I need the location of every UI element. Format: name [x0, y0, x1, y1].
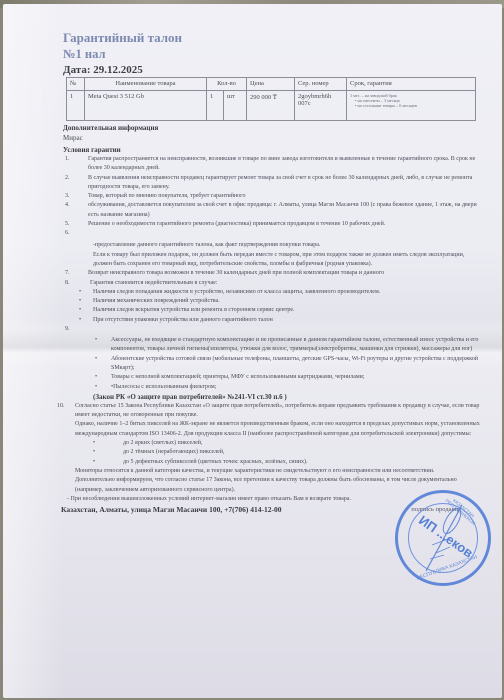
- bullet-icon: •: [79, 297, 81, 306]
- cell-serial: 2goybmrh6h 007c: [295, 91, 347, 121]
- additional-info-value: Мирас: [63, 133, 483, 143]
- seal-stamp: ИП ...еков КАЗАХСТАН РЕСПУБЛИКАСЫ РЕСПУБ…: [395, 490, 491, 586]
- cell-price: 290 000 ₸: [247, 91, 295, 121]
- condition-8-bullet: •При отсутствия упаковки устройства или …: [63, 316, 483, 325]
- cell-unit: шт: [224, 91, 247, 121]
- condition-item-5: 5.Решение о необходимости гарантийного р…: [63, 220, 483, 229]
- condition-10-bullet: •до 5 дефектных субпикселей (цветных точ…: [63, 458, 483, 467]
- bullet-icon: •: [95, 383, 97, 392]
- table-row: 1 Meta Quest 3 512 Gb 1 шт 290 000 ₸ 2go…: [67, 91, 476, 121]
- condition-6-sub-2: Если к товару был приложен подарок, он д…: [63, 251, 483, 270]
- condition-item-7: 7.Возврат неисправного товара возможен в…: [63, 269, 483, 278]
- bullet-icon: •: [95, 336, 97, 345]
- document-title: Гарантийный талон: [63, 30, 483, 46]
- col-header-serial: Сер. номер: [295, 78, 347, 91]
- condition-8-bullet: •Наличия следов попадания жидкости в уст…: [63, 288, 483, 297]
- condition-item-6: 6.: [63, 229, 483, 239]
- condition-9-bullet: ••Пылесосы с использованным фильтром;: [63, 383, 483, 392]
- items-table: № Наименование товара Кол-во Цена Сер. н…: [66, 77, 476, 121]
- document-number: №1 нал: [63, 46, 483, 62]
- bullet-icon: •: [79, 316, 81, 325]
- cell-warranty: 1 мес. – на заводской брак • на смесенты…: [347, 91, 476, 121]
- condition-6-sub-1: -предоставление данного гарантийного тал…: [63, 241, 483, 250]
- cell-num: 1: [67, 91, 85, 121]
- cell-name: Meta Quest 3 512 Gb: [85, 91, 207, 121]
- condition-9-bullet: •Аксессуары, не входящие в стандартную к…: [63, 336, 483, 355]
- condition-item-1: 1.Гарантия распространяется на неисправн…: [63, 155, 483, 174]
- table-header-row: № Наименование товара Кол-во Цена Сер. н…: [67, 78, 476, 91]
- col-header-warranty: Срок, гарантия: [347, 78, 476, 91]
- condition-10-bullet: •до 2 ярких (светлых) пикселей,: [63, 439, 483, 448]
- bullet-icon: •: [95, 355, 97, 364]
- bullet-icon: •: [93, 448, 95, 457]
- condition-8-bullet: •Наличия механических повреждений устрой…: [63, 297, 483, 306]
- condition-item-4: 4.обслуживания, доставляется покупателем…: [63, 201, 483, 220]
- bullet-icon: •: [93, 458, 95, 467]
- bullet-icon: •: [95, 373, 97, 382]
- col-header-num: №: [67, 78, 85, 91]
- condition-item-9: 9.: [63, 325, 483, 336]
- condition-8-bullet: •Наличия следов вскрытия устройства или …: [63, 306, 483, 315]
- condition-item-10: 10.Согласно статье 15 Закона Республики …: [63, 402, 483, 421]
- bullet-icon: •: [93, 439, 95, 448]
- additional-info-heading: Дополнительная информация: [63, 123, 483, 133]
- col-header-price: Цена: [247, 78, 295, 91]
- condition-10-text-3: Мониторы относятся к данной категории ка…: [63, 467, 483, 476]
- condition-item-3: 3.Товар, который по мнению покупателя, т…: [63, 192, 483, 201]
- store-address: Казахстан, Алматы, улица Магзи Масанчи 1…: [61, 504, 281, 515]
- warranty-line: • на остальные товары – 6 месяцев: [350, 103, 472, 108]
- bullet-icon: •: [79, 288, 81, 297]
- condition-9-bullet: •Товары с неполной комплектацией; принте…: [63, 373, 483, 382]
- condition-9-bullet: •Абонентские устройства сотовой связи (м…: [63, 355, 483, 374]
- condition-item-8: 8.Гарантия становится недействительным в…: [63, 279, 483, 288]
- condition-10-bullet: •до 2 тёмных (неработающих) пикселей,: [63, 448, 483, 457]
- law-reference: (Закон РК «О защите прав потребителей» №…: [63, 392, 483, 402]
- col-header-name: Наименование товара: [85, 78, 207, 91]
- condition-10-text-2: Однако, наличие 1–2 битых пикселей на ЖК…: [63, 420, 483, 439]
- condition-item-2: 2.В случае выявления неисправности прода…: [63, 174, 483, 193]
- cell-qty: 1: [207, 91, 224, 121]
- bullet-icon: •: [79, 306, 81, 315]
- condition-10-text-4: Дополнительно информируем, что согласно …: [63, 476, 483, 495]
- document-content: Гарантийный талон №1 нал Дата: 29.12.202…: [63, 30, 483, 515]
- conditions-heading: Условия гарантии: [63, 145, 483, 155]
- col-header-qty: Кол-во: [207, 78, 247, 91]
- warranty-document-paper: Гарантийный талон №1 нал Дата: 29.12.202…: [3, 4, 502, 698]
- document-date: Дата: 29.12.2025: [63, 63, 483, 77]
